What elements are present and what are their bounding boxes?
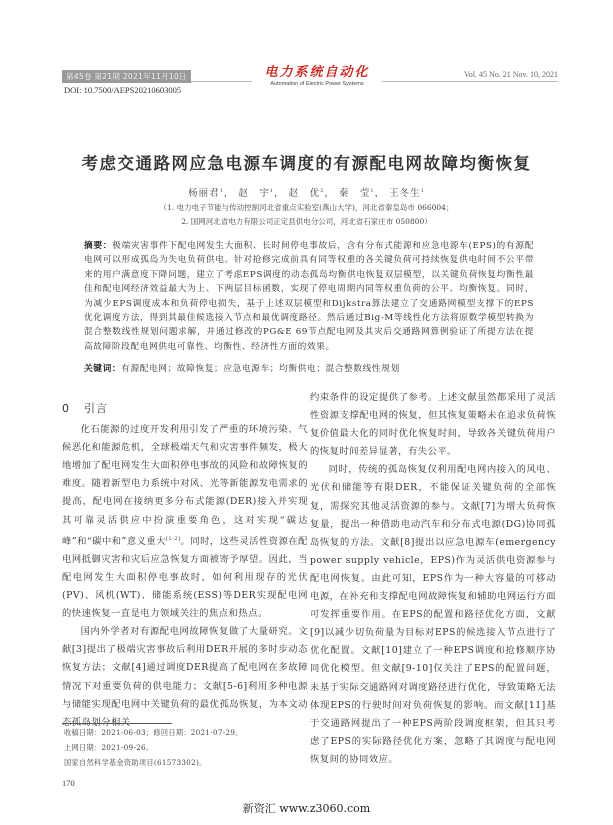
keywords-text: 有源配电网；故障恢复；应急电源车；均衡供电；混合整数线性规划 <box>121 364 400 374</box>
volume-info: Vol. 45 No. 21 Nov. 10, 2021 <box>464 70 558 79</box>
author: 杨丽君 <box>188 188 220 199</box>
author-list: 杨丽君1， 赵 宇1， 赵 优2， 秦 莹1， 王冬生1 <box>0 185 613 199</box>
affiliation-mark: 1 <box>421 188 425 194</box>
body-paragraph: 国内外学者对有源配电网故障恢复做了大量研究。文献[3]提出了极端灾害事故后利用D… <box>62 623 308 732</box>
doi-text: DOI: 10.7500/AEPS20210603005 <box>64 85 181 95</box>
abstract-text: 极端灾害事件下配电网发生大面积、长时间停电事故后，含有分布式能源和应急电源车(E… <box>84 241 534 352</box>
section-heading: 0引言 <box>62 400 308 418</box>
paper-page: 第45卷 第21期 2021年11月10日 DOI: 10.7500/AEPS2… <box>0 0 613 825</box>
affiliation-1: （1. 电力电子节能与传动控制河北省重点实验室(燕山大学)，河北省秦皇岛市 06… <box>0 202 613 213</box>
author: 秦 莹 <box>339 188 371 199</box>
section-title: 引言 <box>84 402 108 415</box>
abstract-label: 摘要： <box>84 241 112 251</box>
author: 王冬生 <box>389 188 421 199</box>
body-paragraph: 同时，传统的孤岛恢复仅利用配电网内接入的风电、光伏和储能等有限DER，不能保证关… <box>310 461 556 769</box>
paper-title: 考虑交通路网应急电源车调度的有源配电网故障均衡恢复 <box>0 150 613 174</box>
footnote-rule <box>62 723 172 724</box>
affiliation-mark: 2 <box>320 188 324 194</box>
paragraph-text: 化石能源的过度开发利用引发了严重的环境污染、气候恶化和能源危机，全球极端天气和灾… <box>62 424 308 547</box>
body-paragraph: 化石能源的过度开发利用引发了严重的环境污染、气候恶化和能源危机，全球极端天气和灾… <box>62 421 308 623</box>
right-column: 约束条件的设定提供了参考。上述文献虽然都采用了灵活性资源支撑配电网的恢复，但其恢… <box>310 389 556 769</box>
issue-badge: 第45卷 第21期 2021年11月10日 <box>62 70 191 83</box>
watermark: 新资汇 www.z3060.com <box>0 800 613 816</box>
journal-name-en: Automation of Electric Power Systems <box>252 81 382 87</box>
keywords: 关键词：有源配电网；故障恢复；应急电源车；均衡供电；混合整数线性规划 <box>84 362 534 374</box>
body-paragraph: 约束条件的设定提供了参考。上述文献虽然都采用了灵活性资源支撑配电网的恢复，但其恢… <box>310 389 556 461</box>
citation: [1-2] <box>166 536 180 542</box>
affiliation-mark: 1 <box>270 188 274 194</box>
footnote-online-date: 上网日期：2021-09-26。 <box>64 743 153 753</box>
affiliation-mark: 1 <box>220 188 224 194</box>
left-column: 0引言 化石能源的过度开发利用引发了严重的环境污染、气候恶化和能源危机，全球极端… <box>62 400 308 732</box>
journal-name-cn: 电力系统自动化 <box>252 66 382 80</box>
abstract: 摘要：极端灾害事件下配电网发生大面积、长时间停电事故后，含有分布式能源和应急电源… <box>84 239 534 354</box>
keywords-label: 关键词： <box>84 364 121 374</box>
journal-logo: 电力系统自动化 Automation of Electric Power Sys… <box>252 66 382 87</box>
journal-header: 第45卷 第21期 2021年11月10日 DOI: 10.7500/AEPS2… <box>62 67 558 97</box>
affiliation-2: 2. 国网河北省电力有限公司正定县供电分公司，河北省石家庄市 050800） <box>0 216 613 227</box>
affiliation-mark: 1 <box>370 188 374 194</box>
author: 赵 宇 <box>238 188 270 199</box>
paragraph-text: 。同时，这些灵活性资源在配电网抵御灾害和灾后应急恢复方面被寄予厚望。因此，当配电… <box>62 536 308 619</box>
footnote-funding: 国家自然科学基金资助项目(61573302)。 <box>64 758 207 768</box>
page-number: 170 <box>62 778 75 788</box>
footnote-dates: 收稿日期：2021-06-03；修回日期：2021-07-29。 <box>64 728 243 738</box>
section-number: 0 <box>62 400 84 418</box>
author: 赵 优 <box>289 188 321 199</box>
